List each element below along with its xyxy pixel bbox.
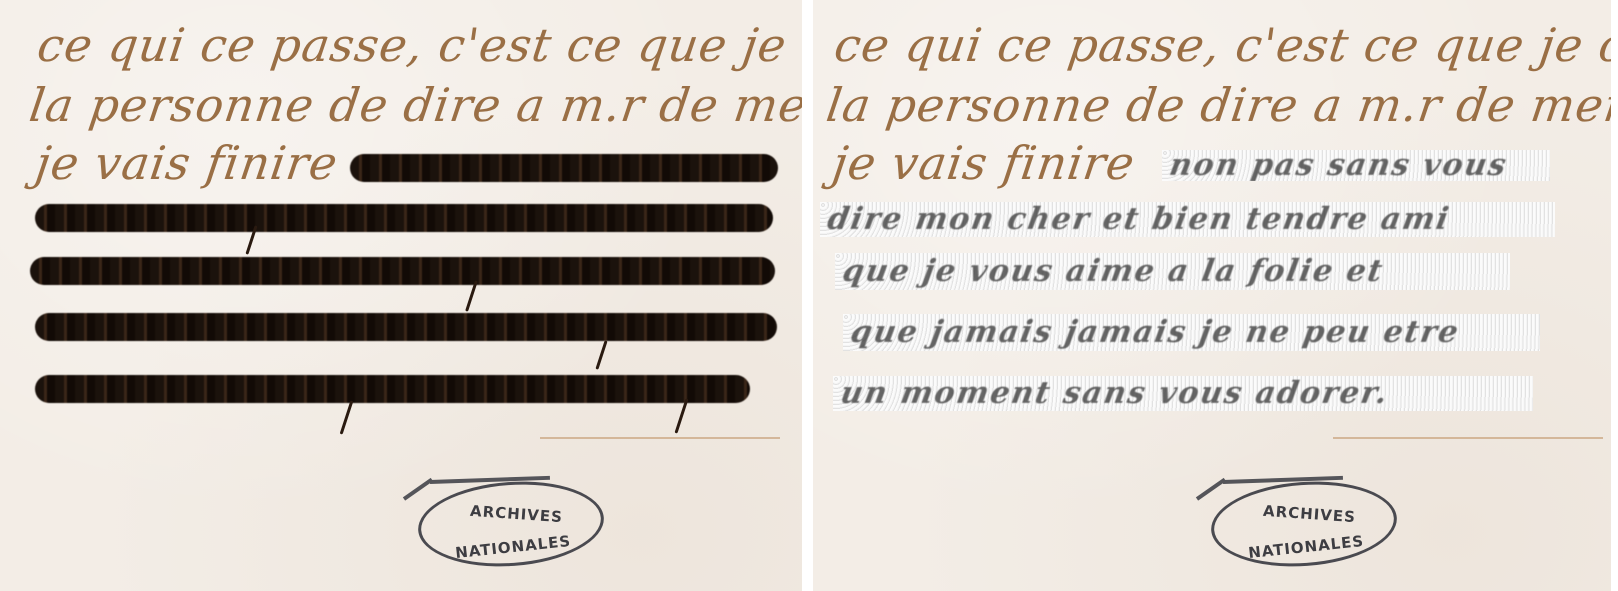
revealed-line-3: que je vous aime a la folie et [835, 253, 1510, 290]
revealed-line-4: que jamais jamais je ne peu etre [843, 314, 1540, 351]
redacted-line-2 [35, 204, 773, 232]
redacted-line-1 [350, 154, 778, 182]
revealed-text: non pas sans vous [1167, 150, 1511, 181]
handwritten-line-2: la personne de dire a m.r de mercy [26, 78, 802, 132]
original-letter-panel: ce qui ce passe, c'est ce que je charge … [0, 0, 802, 591]
revealed-text: un moment sans vous adorer. [838, 376, 1392, 410]
handwritten-line-1: ce qui ce passe, c'est ce que je charge [831, 18, 1611, 72]
ink-underline [1333, 437, 1603, 439]
revealed-line-5: un moment sans vous adorer. [833, 376, 1533, 411]
ink-underline [540, 437, 780, 439]
handwritten-line-3: je vais finire [829, 136, 1138, 190]
revealed-line-1: non pas sans vous [1162, 150, 1550, 181]
redacted-line-3 [30, 257, 775, 285]
revealed-text: que jamais jamais je ne peu etre [848, 314, 1463, 349]
redacted-line-4 [35, 313, 777, 341]
revealed-letter-panel: ce qui ce passe, c'est ce que je charge … [813, 0, 1611, 591]
revealed-text: que je vous aime a la folie et [840, 253, 1387, 288]
revealed-line-2: dire mon cher et bien tendre ami [820, 202, 1555, 237]
handwritten-line-2: la personne de dire a m.r de mercy [823, 78, 1611, 132]
redacted-line-5 [35, 375, 750, 403]
revealed-text: dire mon cher et bien tendre ami [825, 202, 1453, 236]
handwritten-line-3: je vais finire [32, 136, 341, 190]
handwritten-line-1: ce qui ce passe, c'est ce que je charge [34, 18, 802, 72]
